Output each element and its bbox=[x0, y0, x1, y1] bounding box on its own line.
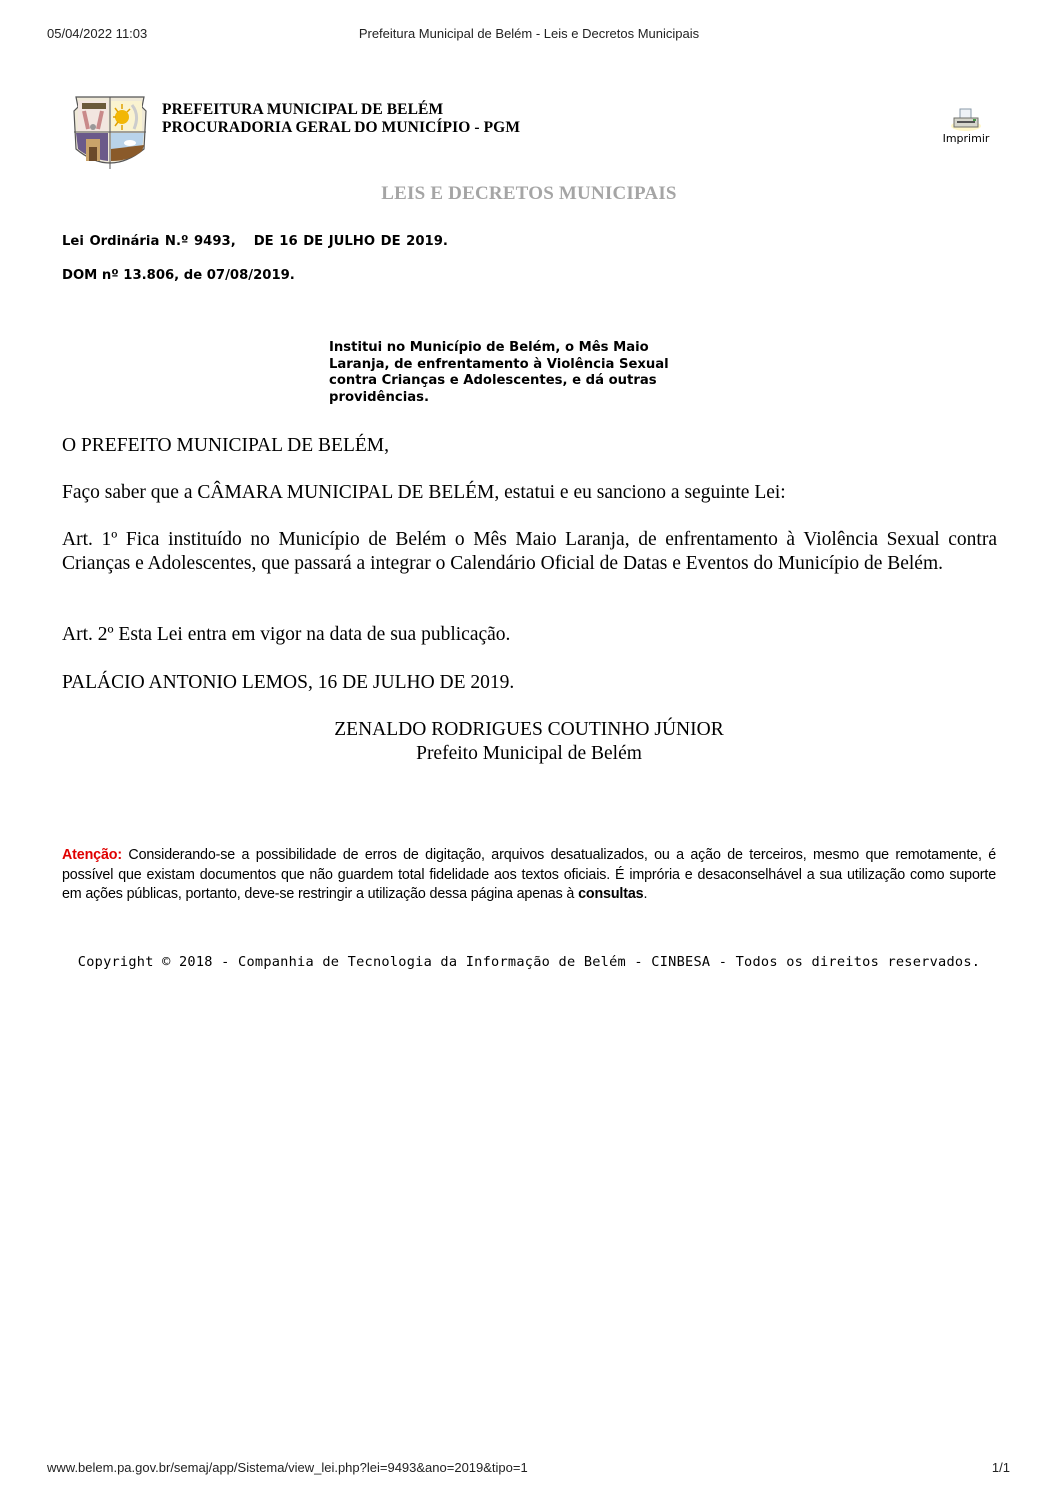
law-number-text: Lei Ordinária N.º 9493, bbox=[62, 234, 236, 249]
org-department: PROCURADORIA GERAL DO MUNICÍPIO - PGM bbox=[162, 119, 520, 137]
print-footer-url: www.belem.pa.gov.br/semaj/app/Sistema/vi… bbox=[47, 1460, 528, 1475]
law-summary: Institui no Município de Belém, o Mês Ma… bbox=[329, 340, 709, 406]
belem-coat-of-arms-icon bbox=[70, 89, 150, 169]
disclaimer-emphasis: consultas bbox=[578, 886, 643, 902]
organization-header: PREFEITURA MUNICIPAL DE BELÉM PROCURADOR… bbox=[162, 101, 520, 137]
official-gazette-ref: DOM nº 13.806, de 07/08/2019. bbox=[62, 268, 295, 283]
law-date: DE 16 DE JULHO DE 2019. bbox=[254, 234, 448, 249]
printer-icon bbox=[949, 108, 983, 132]
place-and-date: PALÁCIO ANTONIO LEMOS, 16 DE JULHO DE 20… bbox=[62, 671, 997, 695]
disclaimer-notice: Atenção: Considerando-se a possibilidade… bbox=[62, 846, 996, 905]
signature-block: ZENALDO RODRIGUES COUTINHO JÚNIOR Prefei… bbox=[0, 718, 1058, 766]
article-2: Art. 2º Esta Lei entra em vigor na data … bbox=[62, 623, 997, 647]
copyright-notice: Copyright © 2018 - Companhia de Tecnolog… bbox=[62, 954, 996, 970]
section-title: LEIS E DECRETOS MUNICIPAIS bbox=[0, 183, 1058, 205]
article-1: Art. 1º Fica instituído no Município de … bbox=[62, 528, 997, 576]
signatory-title: Prefeito Municipal de Belém bbox=[0, 742, 1058, 766]
preamble: O PREFEITO MUNICIPAL DE BELÉM, bbox=[62, 434, 997, 458]
enactment-clause: Faço saber que a CÂMARA MUNICIPAL DE BEL… bbox=[62, 481, 997, 505]
print-page-number: 1/1 bbox=[992, 1460, 1010, 1475]
print-button[interactable]: Imprimir bbox=[935, 108, 997, 148]
print-button-label: Imprimir bbox=[935, 133, 997, 145]
signatory-name: ZENALDO RODRIGUES COUTINHO JÚNIOR bbox=[0, 718, 1058, 742]
disclaimer-lead: Atenção: bbox=[62, 847, 122, 863]
print-page-title: Prefeitura Municipal de Belém - Leis e D… bbox=[0, 26, 1058, 41]
org-name: PREFEITURA MUNICIPAL DE BELÉM bbox=[162, 101, 520, 119]
law-number: Lei Ordinária N.º 9493,DE 16 DE JULHO DE… bbox=[62, 234, 448, 249]
disclaimer-end: . bbox=[643, 886, 647, 902]
disclaimer-text: Considerando-se a possibilidade de erros… bbox=[62, 847, 996, 902]
